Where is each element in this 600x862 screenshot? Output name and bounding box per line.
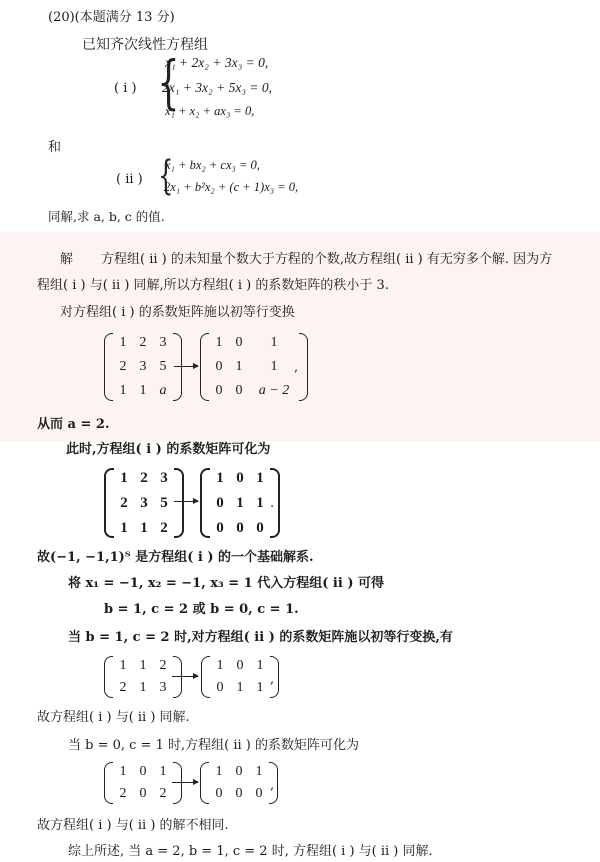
matrix-3-left: 112 213 bbox=[104, 656, 182, 698]
problem-intro: 已知齐次线性方程组 bbox=[82, 34, 208, 54]
case-1-conclusion: 故方程组( i ) 与( ii ) 同解. bbox=[37, 706, 190, 725]
arrow-icon bbox=[174, 501, 198, 502]
case-2-conclusion: 故方程组( i ) 与( ii ) 的解不相同. bbox=[37, 814, 229, 833]
comma: , bbox=[294, 360, 298, 375]
solution-line-2: 程组( i ) 与( ii ) 同解,所以方程组( i ) 的系数矩阵的秩小于 … bbox=[37, 274, 389, 293]
solution-line-1: 方程组( ii ) 的未知量个数大于方程的个数,故方程组( ii ) 有无穷多个… bbox=[101, 248, 552, 267]
system-ii-eq-1: x₁ + bx₂ + cx₃ = 0, bbox=[165, 158, 260, 173]
arrow-icon bbox=[172, 676, 198, 677]
system-i-eq-3: x₁ + x₂ + ax₃ = 0, bbox=[165, 104, 254, 119]
period: . bbox=[270, 496, 274, 511]
comma: , bbox=[270, 778, 274, 793]
solution-label: 解 bbox=[60, 248, 73, 267]
bc-values: b = 1, c = 2 或 b = 0, c = 1. bbox=[104, 598, 299, 617]
system-i-label: ( i ) bbox=[114, 81, 137, 96]
matrix-1-left: 123 235 11a bbox=[104, 333, 182, 401]
problem-header: (20)(本题满分 13 分) bbox=[48, 6, 175, 25]
matrix-3-right: 101 011 bbox=[201, 656, 279, 698]
question-text: 同解,求 a, b, c 的值. bbox=[48, 207, 165, 225]
system-i-eq-1: x₁ + 2x₂ + 3x₃ = 0, bbox=[165, 55, 268, 71]
and-text: 和 bbox=[48, 136, 61, 155]
comma: , bbox=[270, 672, 274, 687]
matrix-1-right: 101 011 00a − 2 bbox=[200, 333, 308, 401]
matrix-2-right: 101 011 000 bbox=[200, 468, 280, 538]
hence-a: 从而 a = 2. bbox=[37, 413, 109, 432]
case-1-text: 当 b = 1, c = 2 时,对方程组( ii ) 的系数矩阵施以初等行变换… bbox=[68, 626, 453, 645]
matrix-4-right: 101 000 bbox=[200, 762, 278, 804]
substitute-text: 将 x₁ = −1, x₂ = −1, x₃ = 1 代入方程组( ii ) 可… bbox=[68, 572, 384, 591]
case-2-text: 当 b = 0, c = 1 时,方程组( ii ) 的系数矩阵可化为 bbox=[68, 734, 359, 753]
summary-text: 综上所述, 当 a = 2, b = 1, c = 2 时, 方程组( i ) … bbox=[68, 840, 433, 859]
matrix-2-left: 123 235 112 bbox=[104, 468, 184, 538]
matrix-4-left: 101 202 bbox=[104, 762, 182, 804]
arrow-icon bbox=[172, 782, 198, 783]
system-ii-label: ( ii ) bbox=[116, 172, 143, 187]
arrow-icon bbox=[174, 366, 198, 367]
reduce-intro: 此时,方程组( i ) 的系数矩阵可化为 bbox=[66, 438, 270, 457]
system-ii-eq-2: 2x₁ + b²x₂ + (c + 1)x₃ = 0, bbox=[164, 180, 298, 195]
system-i-eq-2: 2x₁ + 3x₂ + 5x₃ = 0, bbox=[162, 80, 272, 96]
transform-intro: 对方程组( i ) 的系数矩阵施以初等行变换 bbox=[60, 301, 295, 320]
basis-text: 故(−1, −1,1)ᵀ 是方程组( i ) 的一个基础解系. bbox=[37, 546, 314, 565]
